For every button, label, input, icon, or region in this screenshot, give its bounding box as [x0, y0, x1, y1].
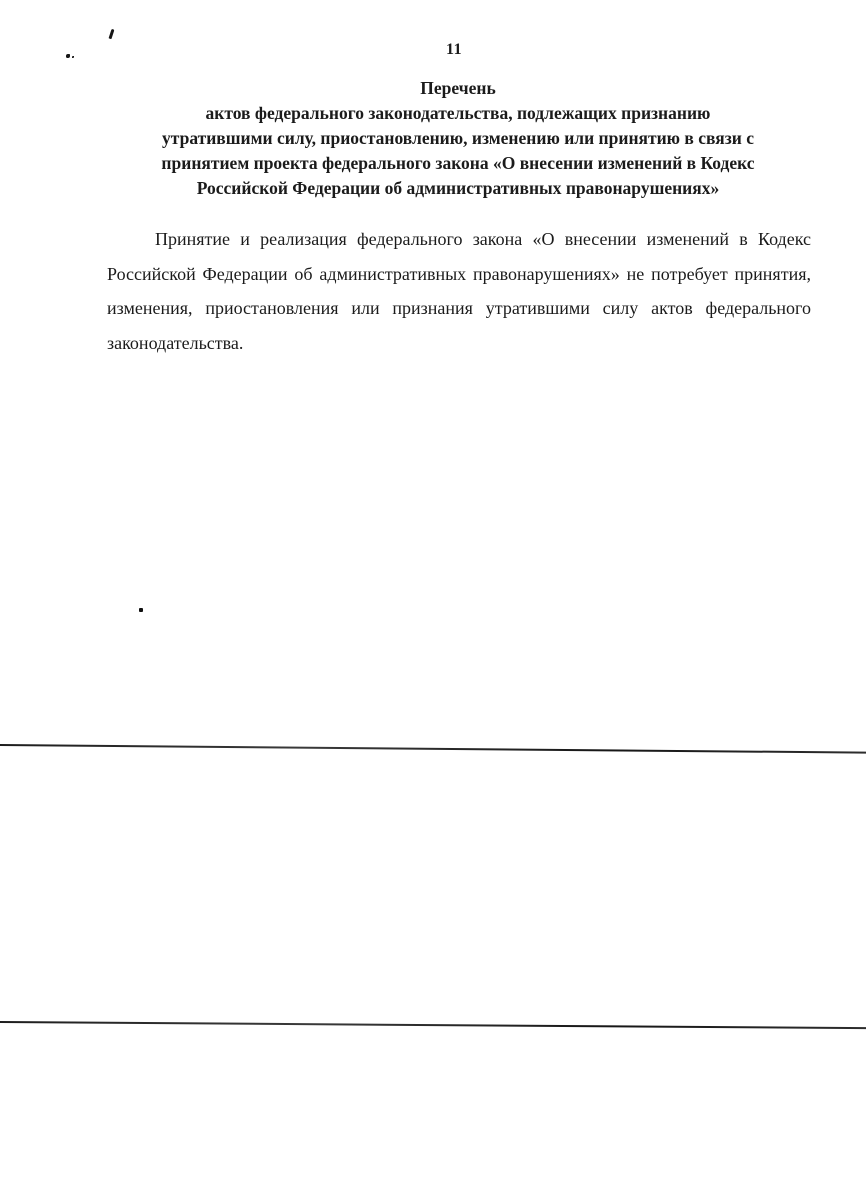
heading-line: принятием проекта федерального закона «О… [90, 151, 826, 176]
body-paragraph: Принятие и реализация федерального закон… [107, 222, 811, 360]
heading-line: Российской Федерации об административных… [90, 176, 826, 201]
heading-line: актов федерального законодательства, под… [90, 101, 826, 126]
scan-artifact-speck [66, 54, 70, 58]
page-number: 11 [446, 41, 462, 59]
horizontal-scan-line-upper [0, 744, 866, 754]
scan-artifact-dot [139, 608, 143, 612]
scanned-document-page: 11 Перечень актов федерального законодат… [0, 0, 866, 1200]
horizontal-scan-line-lower [0, 1021, 866, 1029]
heading-line: утратившими силу, приостановлению, измен… [90, 126, 826, 151]
document-heading: Перечень актов федерального законодатель… [90, 76, 826, 201]
scan-artifact-tick [109, 29, 115, 39]
heading-line: Перечень [90, 76, 826, 101]
